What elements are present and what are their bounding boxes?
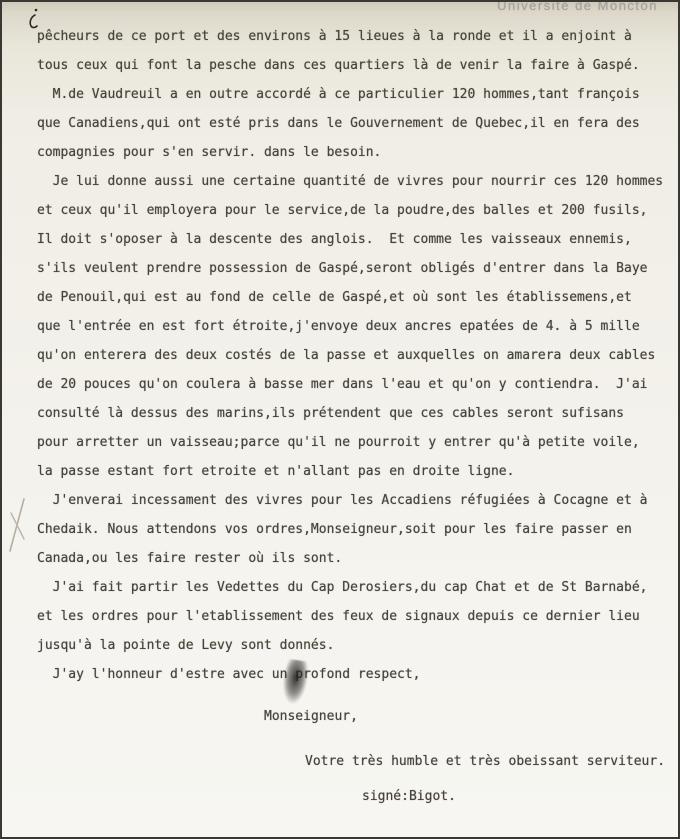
letter-line: Canada,ou les faire rester où ils sont. [37,544,672,573]
letter-line: tous ceux qui font la pesche dans ces qu… [37,51,672,80]
letter-line: et ceux qu'il employera pour le service,… [37,196,672,225]
letter-line: jusqu'à la pointe de Levy sont donnés. [37,631,672,660]
closing-salutation: Monseigneur, [264,702,672,731]
letter-line: pour arretter un vaisseau;parce qu'il ne… [37,428,672,457]
letter-line: que l'entrée en est fort étroite,j'envoy… [37,312,672,341]
letter-line: M.de Vaudreuil a en outre accordé à ce p… [37,80,672,109]
letter-line: qu'on enterera des deux costés de la pas… [37,341,672,370]
closing-signature: signé:Bigot. [362,782,672,811]
letter-body: pêcheurs de ce port et des environs à 15… [37,22,672,811]
letter-line: J'ai fait partir les Vedettes du Cap Der… [37,573,672,602]
letter-line: la passe estant fort etroite et n'allant… [37,457,672,486]
letter-line: s'ils veulent prendre possession de Gasp… [37,254,672,283]
letter-line: J'enverai incessament des vivres pour le… [37,486,672,515]
letter-line: Chedaik. Nous attendons vos ordres,Monse… [37,515,672,544]
letter-line: Je lui donne aussi une certaine quantité… [37,167,672,196]
letter-line: et les ordres pour l'etablissement des f… [37,602,672,631]
letter-line: de Penouil,qui est au fond de celle de G… [37,283,672,312]
letter-line: Il doit s'oposer à la descente des anglo… [37,225,672,254]
letter-line: pêcheurs de ce port et des environs à 15… [37,22,672,51]
closing-valediction: Votre très humble et très obeissant serv… [305,747,672,776]
university-stamp: Université de Moncton [497,0,658,13]
letter-line: consulté là dessus des marins,ils préten… [37,399,672,428]
pencil-x-icon [4,495,32,561]
scanned-letter-page: Université de Moncton pêcheurs de ce por… [0,0,680,839]
letter-line: compagnies pour s'en servir. dans le bes… [37,138,672,167]
letter-line: J'ay l'honneur d'estre avec un profond r… [37,660,672,689]
letter-line: de 20 pouces qu'on coulera à basse mer d… [37,370,672,399]
letter-line: que Canadiens,qui ont esté pris dans le … [37,109,672,138]
